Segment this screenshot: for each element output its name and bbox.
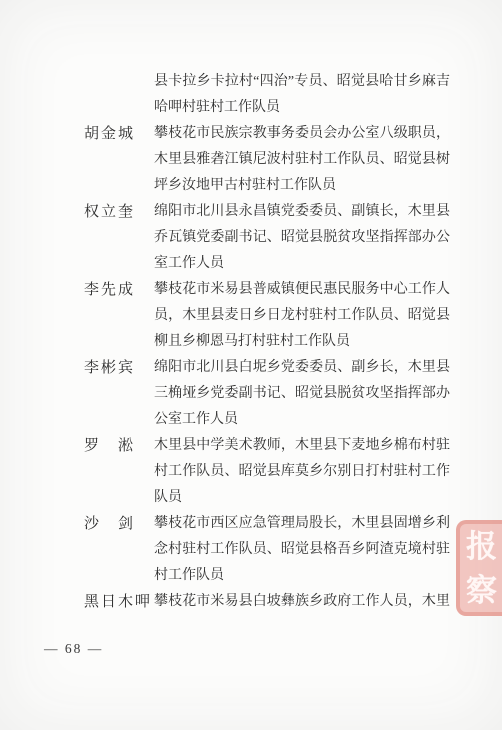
list-entry: 李先成攀枝花市米易县普威镇便民惠民服务中心工作人员，木里县麦日乡日龙村驻村工作队… — [0, 277, 502, 355]
person-description: 攀枝花市西区应急管理局股长，木里县固增乡利念村驻村工作队员、昭觉县格吾乡阿渣克境… — [154, 511, 450, 589]
description-line: 公室工作人员 — [154, 407, 450, 433]
person-name: 沙 剑 — [84, 511, 154, 537]
description-line: 室工作人员 — [154, 251, 450, 277]
description-line: 木里县雅砻江镇尼波村驻村工作队员、昭觉县树 — [154, 147, 450, 173]
person-description: 攀枝花市米易县白坡彝族乡政府工作人员，木里 — [154, 589, 450, 615]
description-line: 坪乡汝地甲古村驻村工作队员 — [154, 173, 450, 199]
person-description: 木里县中学美术教师，木里县下麦地乡棉布村驻村工作队员、昭觉县库莫乡尔别日打村驻村… — [154, 433, 450, 511]
person-name: 罗 淞 — [84, 433, 154, 459]
person-description: 攀枝花市民族宗教事务委员会办公室八级职员，木里县雅砻江镇尼波村驻村工作队员、昭觉… — [154, 121, 450, 199]
person-name: 胡金城 — [84, 121, 154, 147]
description-line: 绵阳市北川县白坭乡党委委员、副乡长，木里县 — [154, 355, 450, 381]
name-list-content: 县卡拉乡卡拉村“四治”专员、昭觉县哈甘乡麻吉哈呷村驻村工作队员胡金城攀枝花市民族… — [0, 69, 502, 615]
description-line: 攀枝花市西区应急管理局股长，木里县固增乡利 — [154, 511, 450, 537]
person-description: 绵阳市北川县白坭乡党委委员、副乡长，木里县三桷垭乡党委副书记、昭觉县脱贫攻坚指挥… — [154, 355, 450, 433]
description-line: 绵阳市北川县永昌镇党委委员、副镇长，木里县 — [154, 199, 450, 225]
description-line: 攀枝花市米易县白坡彝族乡政府工作人员，木里 — [154, 589, 450, 615]
description-line: 柳且乡柳恩马打村驻村工作队员 — [154, 329, 450, 355]
description-line: 村工作队员、昭觉县库莫乡尔别日打村驻村工作 — [154, 459, 450, 485]
person-description: 绵阳市北川县永昌镇党委委员、副镇长，木里县乔瓦镇党委副书记、昭觉县脱贫攻坚指挥部… — [154, 199, 450, 277]
person-description: 县卡拉乡卡拉村“四治”专员、昭觉县哈甘乡麻吉哈呷村驻村工作队员 — [154, 69, 450, 121]
description-line: 哈呷村驻村工作队员 — [154, 95, 450, 121]
description-line: 队员 — [154, 485, 450, 511]
list-entry: 权立奎绵阳市北川县永昌镇党委委员、副镇长，木里县乔瓦镇党委副书记、昭觉县脱贫攻坚… — [0, 199, 502, 277]
list-entry: 县卡拉乡卡拉村“四治”专员、昭觉县哈甘乡麻吉哈呷村驻村工作队员 — [0, 69, 502, 121]
description-line: 念村驻村工作队员、昭觉县格吾乡阿渣克境村驻 — [154, 537, 450, 563]
person-name: 李彬宾 — [84, 355, 154, 381]
description-line: 乔瓦镇党委副书记、昭觉县脱贫攻坚指挥部办公 — [154, 225, 450, 251]
list-entry: 胡金城攀枝花市民族宗教事务委员会办公室八级职员，木里县雅砻江镇尼波村驻村工作队员… — [0, 121, 502, 199]
list-entry: 李彬宾绵阳市北川县白坭乡党委委员、副乡长，木里县三桷垭乡党委副书记、昭觉县脱贫攻… — [0, 355, 502, 433]
person-name: 李先成 — [84, 277, 154, 303]
description-line: 攀枝花市民族宗教事务委员会办公室八级职员， — [154, 121, 450, 147]
person-name: 权立奎 — [84, 199, 154, 225]
person-name: 黑日木呷 — [84, 589, 154, 615]
list-entry: 罗 淞木里县中学美术教师，木里县下麦地乡棉布村驻村工作队员、昭觉县库莫乡尔别日打… — [0, 433, 502, 511]
page-number: — 68 — — [44, 641, 103, 657]
list-entry: 黑日木呷攀枝花市米易县白坡彝族乡政府工作人员，木里 — [0, 589, 502, 615]
description-line: 木里县中学美术教师，木里县下麦地乡棉布村驻 — [154, 433, 450, 459]
description-line: 三桷垭乡党委副书记、昭觉县脱贫攻坚指挥部办 — [154, 381, 450, 407]
description-line: 村工作队员 — [154, 563, 450, 589]
list-entry: 沙 剑攀枝花市西区应急管理局股长，木里县固增乡利念村驻村工作队员、昭觉县格吾乡阿… — [0, 511, 502, 589]
person-description: 攀枝花市米易县普威镇便民惠民服务中心工作人员，木里县麦日乡日龙村驻村工作队员、昭… — [154, 277, 450, 355]
document-page: 报川察观 县卡拉乡卡拉村“四治”专员、昭觉县哈甘乡麻吉哈呷村驻村工作队员胡金城攀… — [0, 0, 502, 730]
description-line: 攀枝花市米易县普威镇便民惠民服务中心工作人 — [154, 277, 450, 303]
description-line: 员，木里县麦日乡日龙村驻村工作队员、昭觉县 — [154, 303, 450, 329]
description-line: 县卡拉乡卡拉村“四治”专员、昭觉县哈甘乡麻吉 — [154, 69, 450, 95]
